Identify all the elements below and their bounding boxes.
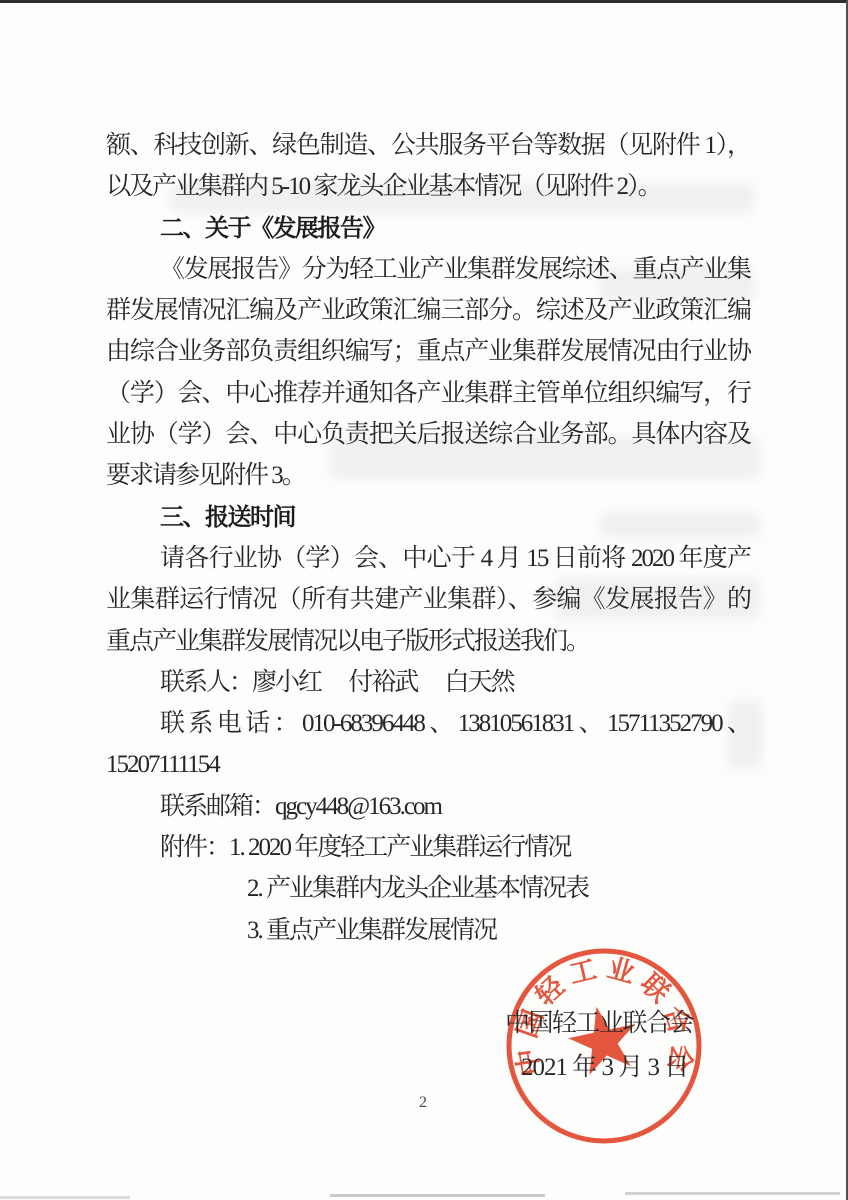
body-line: 要求请参见附件 3。 [106, 455, 750, 496]
body-line: 《发展报告》分为轻工业产业集群发展综述、重点产业集 [106, 249, 750, 290]
body-line: 请各行业协（学）会、中心于 4 月 15 日前将 2020 年度产 [106, 538, 750, 579]
scan-edge-bottom [0, 1196, 130, 1199]
attachment-line: 2. 产业集群内龙头企业基本情况表 [106, 868, 750, 909]
contact-phone-line: 联系电话：010-68396448、13810561831、1571135279… [106, 703, 750, 744]
section-heading: 三、报送时间 [106, 497, 750, 538]
contact-phone-line: 15207111154 [106, 744, 750, 785]
body-line: 业集群运行情况（所有共建产业集群）、参编《发展报告》的 [106, 579, 750, 620]
section-heading: 二、关于《发展报告》 [106, 208, 750, 249]
body-line: 以及产业集群内 5-10 家龙头企业基本情况（见附件 2）。 [106, 166, 750, 207]
attachment-line: 附件：1. 2020 年度轻工产业集群运行情况 [106, 827, 750, 868]
body-line: （学）会、中心推荐并通知各产业集群主管单位组织编写，行 [106, 373, 750, 414]
body-line: 业协（学）会、中心负责把关后报送综合业务部。具体内容及 [106, 414, 750, 455]
scan-edge-top [0, 0, 848, 3]
body-line: 额、科技创新、绿色制造、公共服务平台等数据（见附件 1）， [106, 125, 750, 166]
document-body: 额、科技创新、绿色制造、公共服务平台等数据（见附件 1）， 以及产业集群内 5-… [106, 125, 750, 951]
scan-edge-bottom [625, 1192, 840, 1195]
body-line: 重点产业集群发展情况以电子版形式报送我们。 [106, 621, 750, 662]
signature-org: 中国轻工业联合会 [505, 1004, 693, 1044]
scan-edge-bottom [330, 1194, 545, 1197]
signature-date: 2021 年 3 月 3 日 [521, 1048, 688, 1088]
scanned-document-page: 额、科技创新、绿色制造、公共服务平台等数据（见附件 1）， 以及产业集群内 5-… [0, 0, 848, 1200]
body-line: 由综合业务部负责组织编写；重点产业集群发展情况由行业协 [106, 331, 750, 372]
page-number: 2 [419, 1094, 427, 1112]
body-line: 群发展情况汇编及产业政策汇编三部分。综述及产业政策汇编 [106, 290, 750, 331]
official-seal: 中国轻工业联合会 [500, 942, 708, 1150]
contact-person-line: 联系人：廖小红 付裕武 白天然 [106, 662, 750, 703]
contact-email-line: 联系邮箱：qgcy448@163.com [106, 786, 750, 827]
